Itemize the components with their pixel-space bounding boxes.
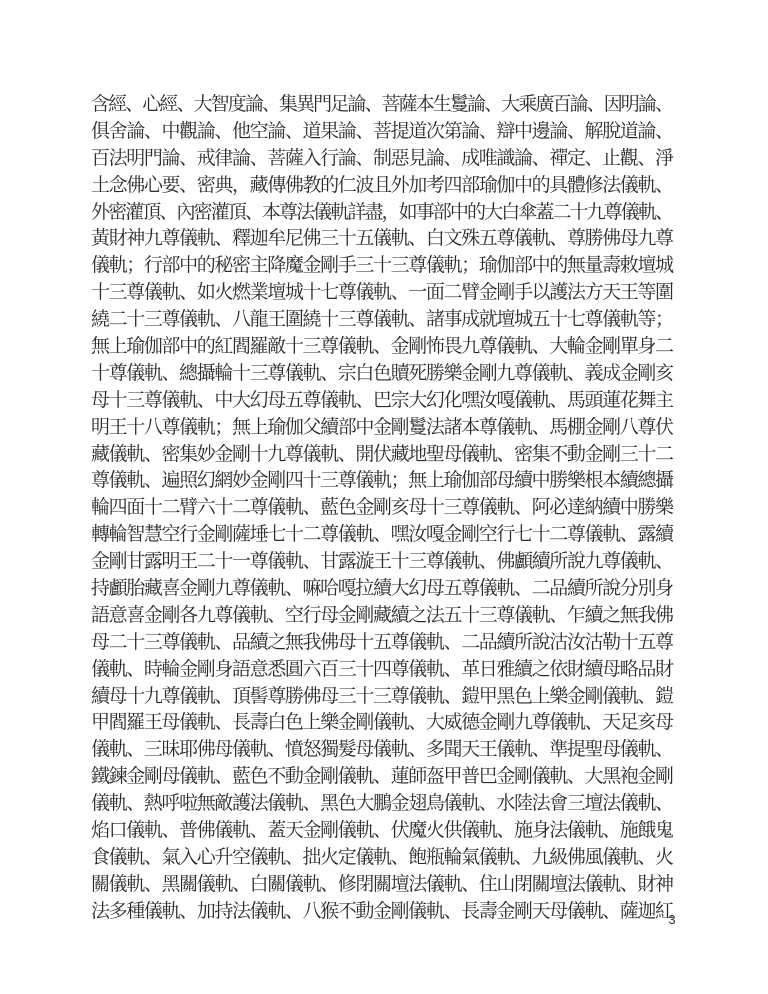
text-line: 俱舍論、中觀論、他空論、道果論、菩提道次第論、辯中邊論、解脫道論、 — [91, 118, 674, 145]
text-line: 鐵鍊金剛母儀軌、藍色不動金剛儀軌、蓮師盔甲普巴金剛儀軌、大黑袍金剛 — [91, 763, 674, 790]
text-line: 儀軌、熱呼啦無敵護法儀軌、黑色大鵬金翅鳥儀軌、水陸法會三壇法儀軌、 — [91, 790, 674, 817]
text-line: 金剛甘露明王二十一尊儀軌、甘露漩王十三尊儀軌、佛顱續所說九尊儀軌、 — [91, 548, 674, 575]
text-line: 甲閻羅王母儀軌、長壽白色上樂金剛儀軌、大威德金剛九尊儀軌、天足亥母 — [91, 709, 674, 736]
text-line: 十尊儀軌、總攝輪十三尊儀軌、宗白色贖死勝樂金剛九尊儀軌、義成金剛亥 — [91, 360, 674, 387]
text-line: 土念佛心要、密典，藏傳佛教的仁波且外加考四部瑜伽中的具體修法儀軌、 — [91, 172, 674, 199]
text-line: 法多種儀軌、加持法儀軌、八猴不動金剛儀軌、長壽金剛天母儀軌、薩迦紅 — [91, 898, 674, 925]
document-page: 含經、心經、大智度論、集異門足論、菩薩本生鬘論、大乘廣百論、因明論、 俱舍論、中… — [0, 0, 768, 994]
text-line: 輪四面十二臂六十二尊儀軌、藍色金剛亥母十三尊儀軌、阿必達納續中勝樂 — [91, 494, 674, 521]
text-line: 含經、心經、大智度論、集異門足論、菩薩本生鬘論、大乘廣百論、因明論、 — [91, 91, 674, 118]
text-line: 關儀軌、黑關儀軌、白關儀軌、修閉關壇法儀軌、住山閉關壇法儀軌、財神 — [91, 871, 674, 898]
text-line: 續母十九尊儀軌、頂髻尊勝佛母三十三尊儀軌、鎧甲黑色上樂金剛儀軌、鎧 — [91, 683, 674, 710]
text-line: 外密灌頂、內密灌頂、本尊法儀軌詳盡，如事部中的大白傘蓋二十九尊儀軌、 — [91, 199, 674, 226]
text-line: 食儀軌、氣入心升空儀軌、拙火定儀軌、飽瓶輪氣儀軌、九級佛風儀軌、火 — [91, 844, 674, 871]
text-line: 母十三尊儀軌、中大幻母五尊儀軌、巴宗大幻化嘿汝嘎儀軌、馬頭蓮花舞主 — [91, 387, 674, 414]
text-line: 十三尊儀軌、如火燃業壇城十七尊儀軌、一面二臂金剛手以護法方天王等圍 — [91, 279, 674, 306]
text-line: 焰口儀軌、普佛儀軌、蓋天金剛儀軌、伏魔火供儀軌、施身法儀軌、施餓鬼 — [91, 817, 674, 844]
text-line: 藏儀軌、密集妙金剛十九尊儀軌、開伏藏地聖母儀軌、密集不動金剛三十二 — [91, 441, 674, 468]
text-line: 母二十三尊儀軌、品續之無我佛母十五尊儀軌、二品續所說沽汝沽勒十五尊 — [91, 629, 674, 656]
text-line: 繞二十三尊儀軌、八龍王圍繞十三尊儀軌、諸事成就壇城五十七尊儀軌等； — [91, 306, 674, 333]
text-line: 持顱胎藏喜金剛九尊儀軌、嘛哈嘎拉續大幻母五尊儀軌、二品續所說分別身 — [91, 575, 674, 602]
page-number: 3 — [664, 912, 680, 927]
text-line: 無上瑜伽部中的紅閻羅敵十三尊儀軌、金剛怖畏九尊儀軌、大輪金剛單身二 — [91, 333, 674, 360]
text-line: 儀軌；行部中的秘密主降魔金剛手三十三尊儀軌；瑜伽部中的無量壽敕壇城 — [91, 252, 674, 279]
text-line: 百法明門論、戒律論、菩薩入行論、制惡見論、成唯識論、禪定、止觀、淨 — [91, 145, 674, 172]
text-line: 儀軌、三昧耶佛母儀軌、憤怒獨髮母儀軌、多聞天王儀軌、準提聖母儀軌、 — [91, 736, 674, 763]
text-line: 轉輪智慧空行金剛薩埵七十二尊儀軌、嘿汝嘎金剛空行七十二尊儀軌、露續 — [91, 521, 674, 548]
text-line: 黃財神九尊儀軌、釋迦牟尼佛三十五儀軌、白文殊五尊儀軌、尊勝佛母九尊 — [91, 225, 674, 252]
body-paragraph: 含經、心經、大智度論、集異門足論、菩薩本生鬘論、大乘廣百論、因明論、 俱舍論、中… — [91, 91, 674, 925]
text-line: 明王十八尊儀軌；無上瑜伽父續部中金剛鬘法諸本尊儀軌、馬棚金剛八尊伏 — [91, 414, 674, 441]
text-line: 儀軌、時輪金剛身語意悉圓六百三十四尊儀軌、革日雅續之依財續母略品財 — [91, 656, 674, 683]
text-line: 尊儀軌、遍照幻網妙金剛四十三尊儀軌；無上瑜伽部母續中勝樂根本續總攝 — [91, 467, 674, 494]
text-line: 語意喜金剛各九尊儀軌、空行母金剛藏續之法五十三尊儀軌、乍續之無我佛 — [91, 602, 674, 629]
